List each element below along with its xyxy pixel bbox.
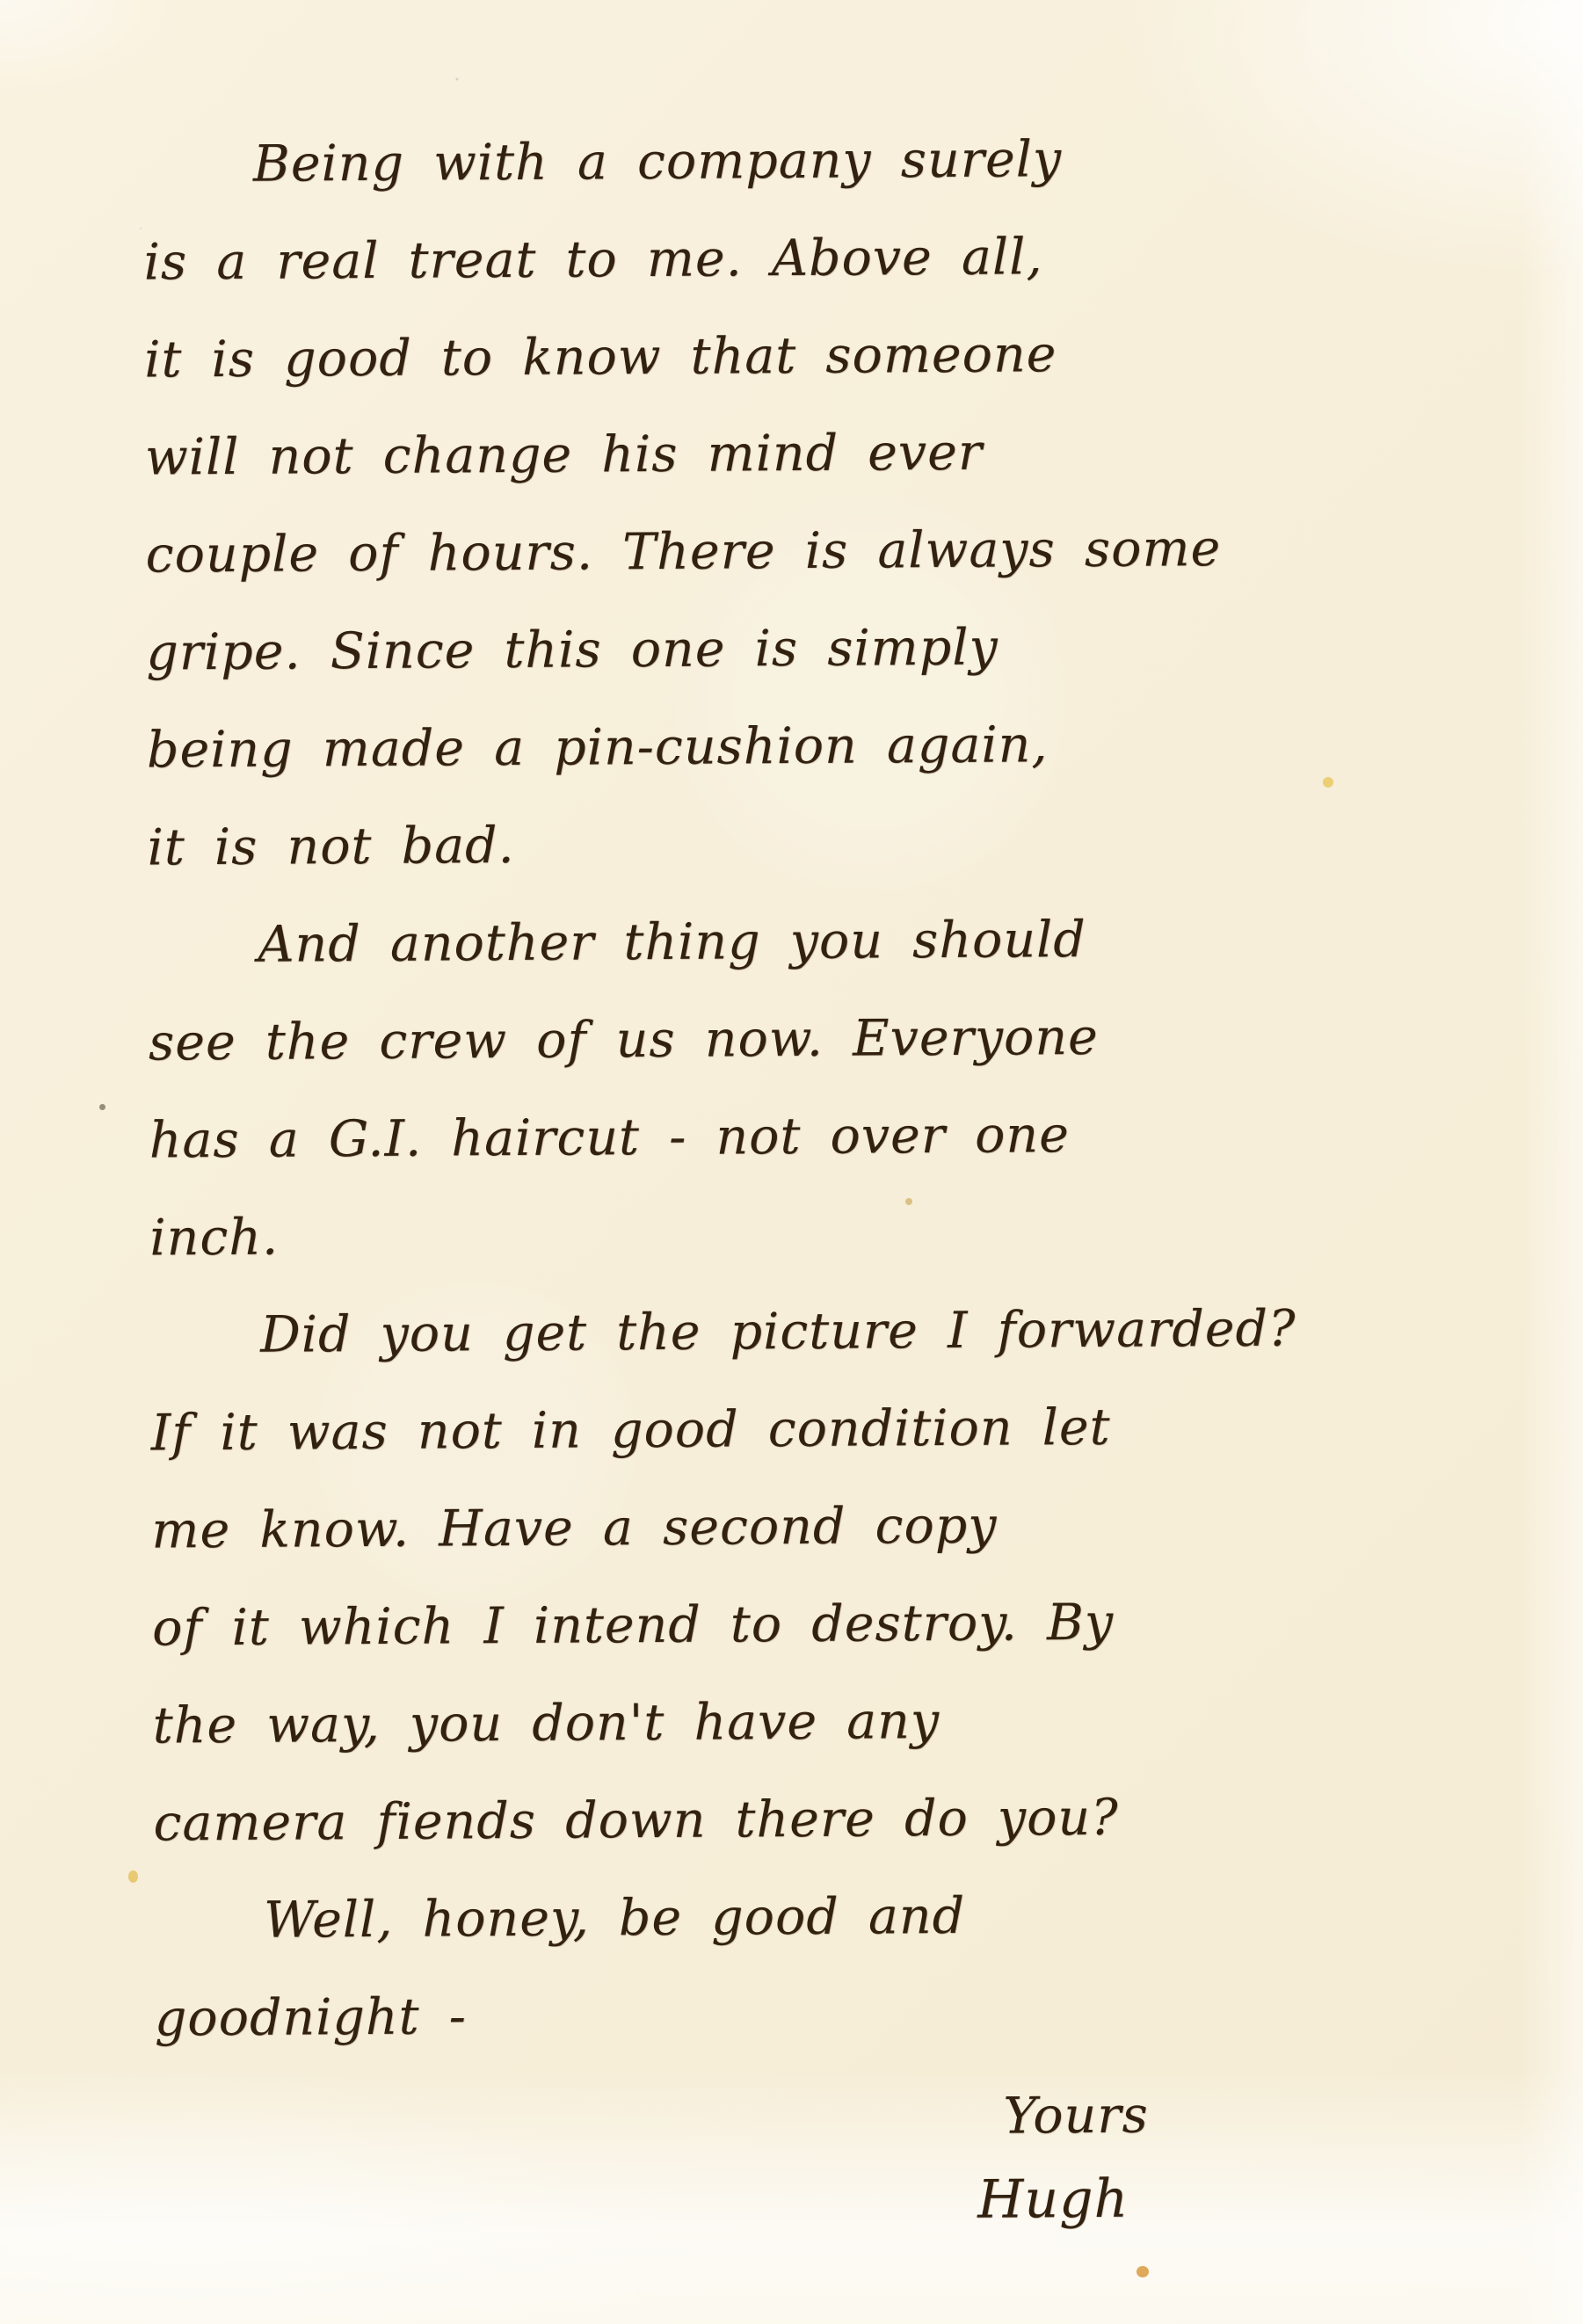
ink-speck [99, 1104, 105, 1110]
letter-line: inch. [149, 1181, 1451, 1287]
letter-line: see the crew of us now. Everyone [149, 986, 1450, 1092]
letter-line: If it was not in good condition let [150, 1376, 1452, 1482]
letter-line: goodnight - [154, 1962, 1456, 2067]
letter-body: Being with a company surely is a real tr… [143, 109, 1457, 2248]
letter-line: couple of hours. There is always some [145, 498, 1447, 604]
letter-line: will not change his mind ever [145, 401, 1447, 506]
letter-line: gripe. Since this one is simply [146, 596, 1448, 701]
letter-line: has a G.I. haircut - not over one [149, 1084, 1450, 1189]
letter-line: being made a pin-cushion again, [147, 694, 1449, 799]
letter-line: it is not bad. [147, 791, 1449, 897]
letter-page: Being with a company surely is a real tr… [0, 0, 1583, 2324]
signature-block: Yours Hugh [155, 2072, 1456, 2247]
letter-line: of it which I intend to destroy. By [152, 1572, 1454, 1677]
letter-line: it is good to know that someone [144, 303, 1446, 409]
letter-line: is a real treat to me. Above all, [143, 207, 1445, 312]
letter-line: Being with a company surely [143, 109, 1445, 214]
signature-name: Hugh [156, 2155, 1457, 2247]
age-spot [1136, 2266, 1149, 2277]
letter-line: the way, you don't have any [152, 1669, 1454, 1775]
letter-line: And another thing you should [148, 889, 1449, 994]
closing-salutation: Yours [155, 2072, 1456, 2163]
letter-line: Well, honey, be good and [154, 1864, 1456, 1970]
letter-line: Did you get the picture I forwarded? [150, 1279, 1452, 1384]
letter-line: camera fiends down there do you? [153, 1767, 1455, 1872]
letter-line: me know. Have a second copy [151, 1474, 1453, 1580]
age-spot [128, 1870, 138, 1883]
